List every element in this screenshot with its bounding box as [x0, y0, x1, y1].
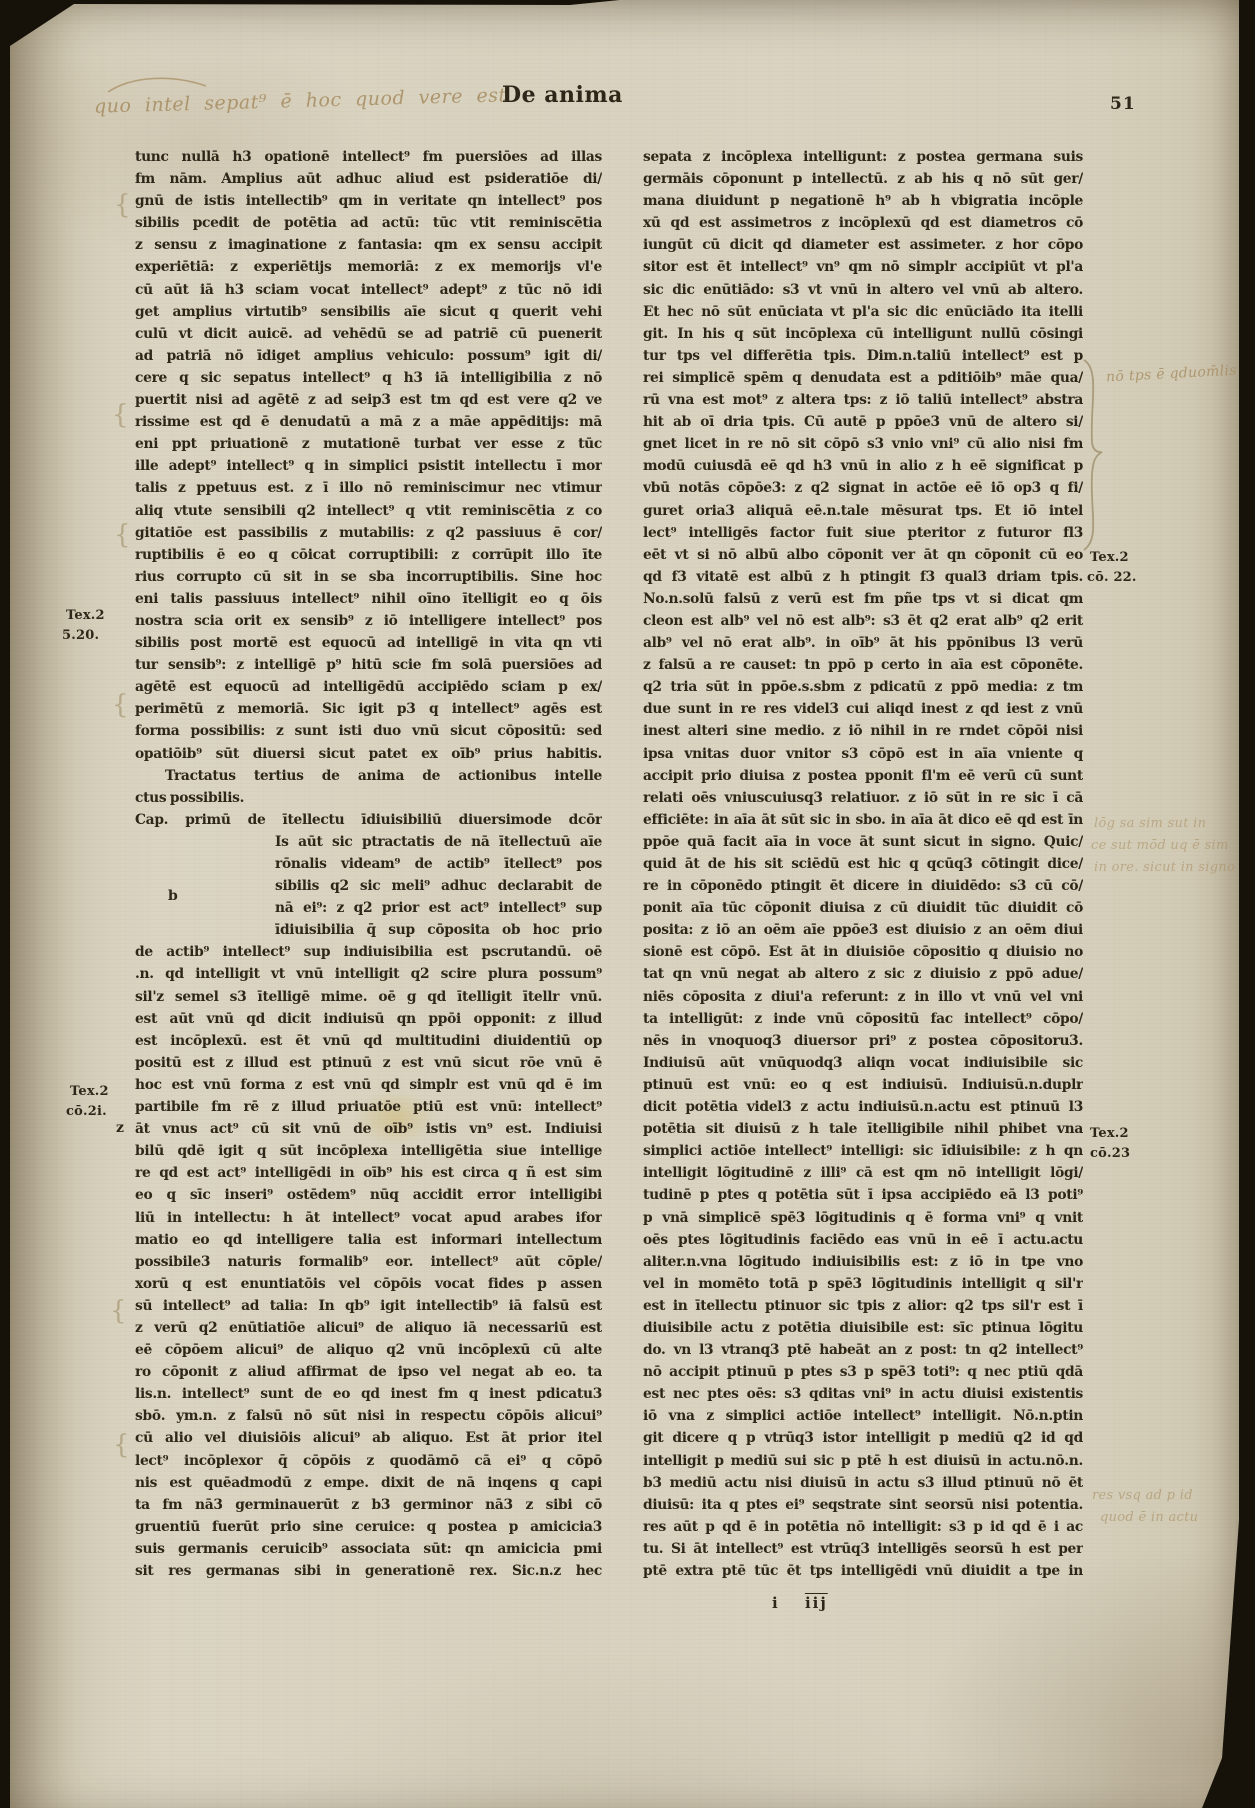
text-line: p vnā simplicē spē3 lōgitudinis q ē form… [643, 1207, 1083, 1229]
text-line: fm nām. Amplius aūt adhuc aliud est psid… [135, 168, 602, 190]
text-line: vbū notās cōpōe3: z q2 signat in actōe e… [643, 477, 1083, 499]
text-line: agētē est equocū ad intelligēdū accipiēd… [135, 676, 602, 698]
text-line: modū cuiusdā eē qd h3 vnū in alio z h eē… [643, 455, 1083, 477]
text-line: tunc nullā h3 opationē intellect⁹ fm pue… [135, 146, 602, 168]
text-line: āt vnus act⁹ cū sit vnū de oīb⁹ istis vn… [135, 1118, 602, 1140]
text-line: matio eo qd intelligere talia est inform… [135, 1229, 602, 1251]
text-line: due sunt in re res videl3 cui aliqd ines… [643, 698, 1083, 720]
book-page: quo intel sepat⁹ ē hoc quod vere est De … [10, 0, 1239, 1808]
text-line: est incōplexū. est ēt vnū qd multitudini… [135, 1030, 602, 1052]
text-line: git dicere q p vtrūq3 istor intelligit p… [643, 1427, 1083, 1449]
text-line: gnū de istis intellectib⁹ qm in veritate… [135, 190, 602, 212]
text-line: q2 tria sūt in ppōe.s.sbm z pdicatū z pp… [643, 676, 1083, 698]
text-line: Cap. primū de ītellectu īdiuisibiliū diu… [135, 809, 602, 831]
text-line: niēs cōposita z diui'a referunt: z in il… [643, 986, 1083, 1008]
text-line: sbō. ym.n. z falsū nō sūt nisi in respec… [135, 1405, 602, 1427]
text-line: .n. qd intelligit vt vnū intelligit q2 s… [135, 963, 602, 985]
text-line: posita: z iō an oēm aīe ppōe3 est diuisi… [643, 919, 1083, 941]
text-line: germāis cōponunt p intellectū. z ab his … [643, 168, 1083, 190]
text-line: sibilis pcedit de potētia ad actū: tūc v… [135, 212, 602, 234]
quire-signature-i: i [772, 1594, 780, 1612]
text-line: perimētū z memoriā. Sic igit p3 q intell… [135, 698, 602, 720]
text-line: intelligit lōgitudinē z illi⁹ cā est qm … [643, 1162, 1083, 1184]
text-line: cū aūt iā h3 sciam vocat intellect⁹ adep… [135, 279, 602, 301]
text-line: intelligit p mediū sui sic p ptē h est d… [643, 1450, 1083, 1472]
text-line: Et hec nō sūt enūciata vt pl'a sic dic e… [643, 301, 1083, 323]
text-line: forma possibilis: z sunt isti duo vnū si… [135, 720, 602, 742]
text-line: iō vna z simplici actiōe intellect⁹ inte… [643, 1405, 1083, 1427]
text-line: lect⁹ incōplexor q̄ cōpōis z quodāmō cā … [135, 1450, 602, 1472]
text-line: nō accipit ptinuū p ptes s3 p spē3 toti⁹… [643, 1361, 1083, 1383]
text-line: z falsū a re causet: tn ppō p certo in a… [643, 654, 1083, 676]
text-line: No.n.solū falsū z verū est fm pñe tps vt… [643, 588, 1083, 610]
text-line: gruentiū fuerūt prio sine ceruice: q pos… [135, 1516, 602, 1538]
handwritten-margin-note-3-line1: res vsq ad p id [1092, 1488, 1193, 1503]
text-line: rū vna est mot⁹ z altera tps: z iō taliū… [643, 389, 1083, 411]
text-line: iungūt cū dicit qd diameter est assimete… [643, 234, 1083, 256]
text-line: Indiuisū aūt vnūquodq3 aliqn vocat indiu… [643, 1052, 1083, 1074]
handwritten-margin-note-3-line2: quod ē in actu [1100, 1510, 1198, 1525]
text-line: rei simplicē spēm q denudata est a pditi… [643, 367, 1083, 389]
text-line: sit res germanas sibi in generationē rex… [135, 1560, 602, 1582]
text-line: ille adept⁹ intellect⁹ q in simplici psi… [135, 455, 602, 477]
text-line: eēt vt si nō albū albo cōponit ver āt qn… [643, 544, 1083, 566]
text-line: ad patriā nō īdiget amplius vehiculo: po… [135, 345, 602, 367]
text-column-left: tunc nullā h3 opationē intellect⁹ fm pue… [135, 146, 602, 1582]
margin-ref-tex2-co23-line1: Tex.2 [1090, 1126, 1129, 1141]
text-line: simplici actiōe intellect⁹ intelligi: si… [643, 1140, 1083, 1162]
text-line: alb⁹ vel nō erat alb⁹. in oīb⁹ āt his pp… [643, 632, 1083, 654]
text-line: diuisū: ita q ptes ei⁹ seqstrate sint se… [643, 1494, 1083, 1516]
text-line: experiētiā: z experiētijs memoriā: z ex … [135, 256, 602, 278]
text-line: sionē est cōpō. Est āt in diuisiōe cōpos… [643, 941, 1083, 963]
pen-squiggle-mark: { [112, 400, 129, 430]
text-line: ruptibilis ē eo q cōicat corruptibili: z… [135, 544, 602, 566]
text-line: Tractatus tertius de anima de actionibus… [135, 765, 602, 787]
text-line: eni talis passiuus intellect⁹ nihil oīno… [135, 588, 602, 610]
margin-ref-tex2-520-line1: Tex.2 [66, 608, 105, 623]
text-line: ta intelligūt: z inde vnū cōpositū fac i… [643, 1008, 1083, 1030]
text-line: oēs ptes lōgitudinis faciēdo eas vnū in … [643, 1229, 1083, 1251]
text-line: do. vn l3 vtranq3 ptē habeāt an z post: … [643, 1339, 1083, 1361]
text-line: sil'z semel s3 ītelligē mime. oē g qd īt… [135, 986, 602, 1008]
text-line: lis.n. intellect⁹ sunt de eo qd inest fm… [135, 1383, 602, 1405]
text-line: ponit aīa tūc cōponit diuisa z cū diuidi… [643, 897, 1083, 919]
text-line: aliter.n.vna lōgitudo indiuisibilis est:… [643, 1251, 1083, 1273]
pen-squiggle-mark: { [114, 520, 131, 550]
text-line: b3 mediū actu nisi diuisū in actu s3 ill… [643, 1472, 1083, 1494]
text-line: eē cōpōem alicui⁹ de aliquo q2 vnū incōp… [135, 1339, 602, 1361]
text-line: quid āt de his sit sciēdū est hic q qcūq… [643, 853, 1083, 875]
text-line: tur sensib⁹: z intelligē p⁹ hitū scie fm… [135, 654, 602, 676]
text-line: puertit nisi ad agētē z ad seip3 est tm … [135, 389, 602, 411]
text-line: suis germanis ceruicib⁹ associata sūt: q… [135, 1538, 602, 1560]
text-line: ptinuū est vnū: eo q est indiuisū. Indiu… [643, 1074, 1083, 1096]
text-line: sibilis post mortē est equocū ad intelli… [135, 632, 602, 654]
pen-squiggle-mark: { [114, 190, 131, 220]
text-line: partibile fm rē z illud priuatōe ptiū es… [135, 1096, 602, 1118]
text-line: re in cōponēdo ptingit ēt dicere in diui… [643, 875, 1083, 897]
text-line: lect⁹ intelligēs factor fuit siue pterit… [643, 522, 1083, 544]
text-line: z verū q2 enūtiatiōe alicui⁹ de aliquo i… [135, 1317, 602, 1339]
text-line: de actib⁹ intellect⁹ sup indiuisibilia e… [135, 941, 602, 963]
text-line: hit ab oī dria tpis. Cū autē p ppōe3 vnū… [643, 411, 1083, 433]
text-line: talis z ppetuus est. z ī illo nō reminis… [135, 477, 602, 499]
text-line: gnet licet in re nō sit cōpō s3 vnio vni… [643, 433, 1083, 455]
text-line: nēs in vnoquoq3 diuersor pri⁹ z postea c… [643, 1030, 1083, 1052]
paragraph-mark-z: z [116, 1120, 124, 1136]
text-line: īdiuisibilia q̄ sup cōposita ob hoc prio [135, 919, 602, 941]
text-line: accipit prio diuisa z postea pponit fl'm… [643, 765, 1083, 787]
text-line: cere q sic sepatus intellect⁹ q h3 iā in… [135, 367, 602, 389]
text-line: guret oria3 aliquā eē.n.tale mēsurat tps… [643, 500, 1083, 522]
text-line: opatiōib⁹ sūt diuersi sicut patet ex oīb… [135, 743, 602, 765]
margin-ref-tex2-co21-line1: Tex.2 [70, 1084, 109, 1099]
text-line: sitor est ēt intellect⁹ vn⁹ qm nō simplr… [643, 256, 1083, 278]
margin-ref-tex2-520-line2: 5.20. [62, 628, 99, 643]
text-line: tat qn vnū negat ab altero z sic z diuis… [643, 963, 1083, 985]
handwritten-margin-note-2-line3: in ore. sicut in signo [1094, 860, 1235, 875]
text-line: rius corrupto cū sit in se sba incorrupt… [135, 566, 602, 588]
text-line: nā ei⁹: z q2 prior est act⁹ intellect⁹ s… [135, 897, 602, 919]
text-line: eni ppt priuationē z mutationē turbat ve… [135, 433, 602, 455]
running-title: De anima [502, 82, 623, 108]
text-line: possibile3 naturis formalib⁹ eor. intell… [135, 1251, 602, 1273]
text-line: sepata z incōplexa intelligunt: z postea… [643, 146, 1083, 168]
text-line: sic dic enūtiādo: s3 vt vnū in altero ve… [643, 279, 1083, 301]
text-line: get amplius virtutib⁹ sensibilis aīe sic… [135, 301, 602, 323]
text-line: positū est z illud est ptinuū z est vnū … [135, 1052, 602, 1074]
text-line: ta fm nā3 germinauerūt z b3 germinor nā3… [135, 1494, 602, 1516]
text-line: ctus possibilis. [135, 787, 602, 809]
text-line: nis est quēadmodū z empe. dixit de nā in… [135, 1472, 602, 1494]
text-line: Is aūt sic ptractatis de nā ītellectuū a… [135, 831, 602, 853]
handwritten-margin-note-2-line2: ce sut mōd uq ē sim [1091, 838, 1229, 853]
text-line: liū in intellectu: h āt intellect⁹ vocat… [135, 1207, 602, 1229]
text-line: tur tps vel differētia tpis. Dim.n.taliū… [643, 345, 1083, 367]
text-line: aliq vtute sensibili q2 intellect⁹ q vti… [135, 500, 602, 522]
text-line: ipsa vnitas duor vnitor s3 cōpō est in a… [643, 743, 1083, 765]
quire-signature-iij: iij [805, 1594, 828, 1612]
text-line: xorū q est enuntiatōis vel cōpōis vocat … [135, 1273, 602, 1295]
text-line: sū intellect⁹ ad talia: In qb⁹ igit inte… [135, 1295, 602, 1317]
text-line: rissime est qd ē denudatū a mā z a māe a… [135, 411, 602, 433]
text-line: relati oēs vniuscuiusq3 relatiuor. z iō … [643, 787, 1083, 809]
text-line: mana diuidunt p negationē h⁹ ab h vbigra… [643, 190, 1083, 212]
text-line: tu. Si āt intellect⁹ est vtrūq3 intellig… [643, 1538, 1083, 1560]
text-line: dicit potētia videl3 z actu indiuisū.n.a… [643, 1096, 1083, 1118]
margin-ref-tex2-co21-line2: cō.2i. [66, 1104, 107, 1119]
text-line: qd f3 vitatē est albū z h ptingit f3 qua… [643, 566, 1083, 588]
text-line: vel in momēto totā p spē3 lōgitudinis in… [643, 1273, 1083, 1295]
text-line: nostra scia orit ex sensib⁹ z iō intelli… [135, 610, 602, 632]
pen-squiggle-mark: { [113, 1430, 130, 1460]
text-line: git. In his q sūt incōplexa cū intelligu… [643, 323, 1083, 345]
margin-ref-tex2-co22-line2: cō. 22. [1087, 570, 1137, 585]
text-line: diuisibile actu z potētia diuisibile est… [643, 1317, 1083, 1339]
text-line: sibilis q2 sic meli⁹ adhuc declarabit de [135, 875, 602, 897]
text-line: cleon est alb⁹ vel nō est alb⁹: s3 ēt q2… [643, 610, 1083, 632]
text-line: tudinē p ptes q potētia sūt ī ipsa accip… [643, 1184, 1083, 1206]
text-line: hoc est vnū forma z est vnū qd simplr es… [135, 1074, 602, 1096]
pen-flourish-mark [102, 72, 222, 98]
text-line: est in ītellectu ptinuor sic tpis z alio… [643, 1295, 1083, 1317]
text-line: ppōe quā facit aīa in voce āt sunt sicut… [643, 831, 1083, 853]
pen-squiggle-mark: { [112, 690, 129, 720]
text-line: culū vt dicit auicē. ad vehēdū se ad pat… [135, 323, 602, 345]
text-line: est nec ptes oēs: s3 qditas vni⁹ in actu… [643, 1383, 1083, 1405]
handwritten-margin-note-2-line1: lōg sa sim sut in [1094, 816, 1206, 831]
text-line: inest alteri sine medio. z iō nihil in r… [643, 720, 1083, 742]
text-line: gitatiōe est passibilis z mutabilis: z q… [135, 522, 602, 544]
column-letter-b: b [168, 888, 178, 904]
margin-brace-mark [1076, 356, 1110, 556]
text-line: xū qd est assimetros z incōplexū qd est … [643, 212, 1083, 234]
folio-number: 51 [1110, 94, 1136, 114]
text-line: ptē extra ptē tūc ēt tps intelligēdi vnū… [643, 1560, 1083, 1582]
scanned-book-photo: quo intel sepat⁹ ē hoc quod vere est De … [0, 0, 1255, 1808]
text-line: eo q sīc inseri⁹ ostēdem⁹ nūq accidit er… [135, 1184, 602, 1206]
text-line: bilū qdē igit q sūt incōplexa intelligēt… [135, 1140, 602, 1162]
text-column-right: sepata z incōplexa intelligunt: z postea… [643, 146, 1083, 1582]
quire-signature: i iij [772, 1594, 828, 1612]
margin-ref-tex2-co23-line2: cō.23 [1090, 1146, 1130, 1161]
text-line: potētia sit diuisū z h tale ītelligibile… [643, 1118, 1083, 1140]
text-line: est aūt vnū qd dicit indiuisū qn ppōi op… [135, 1008, 602, 1030]
text-line: ro cōponit z aliud affirmat de ipso vel … [135, 1361, 602, 1383]
text-line: efficiēte: in aīa āt sūt sic in sbo. in … [643, 809, 1083, 831]
text-line: re qd est act⁹ intelligēdi in oīb⁹ his e… [135, 1162, 602, 1184]
text-line: rōnalis videam⁹ de actib⁹ ītellect⁹ pos [135, 853, 602, 875]
handwritten-margin-note-1: nō tps ē qduom̄lis [1106, 363, 1237, 386]
text-line: z sensu z imaginatione z fantasia: qm ex… [135, 234, 602, 256]
text-line: cū alio vel diuisiōis alicui⁹ ab aliquo.… [135, 1427, 602, 1449]
pen-squiggle-mark: { [110, 1296, 127, 1326]
text-line: res aūt p qd ē in potētia nō intelligit:… [643, 1516, 1083, 1538]
